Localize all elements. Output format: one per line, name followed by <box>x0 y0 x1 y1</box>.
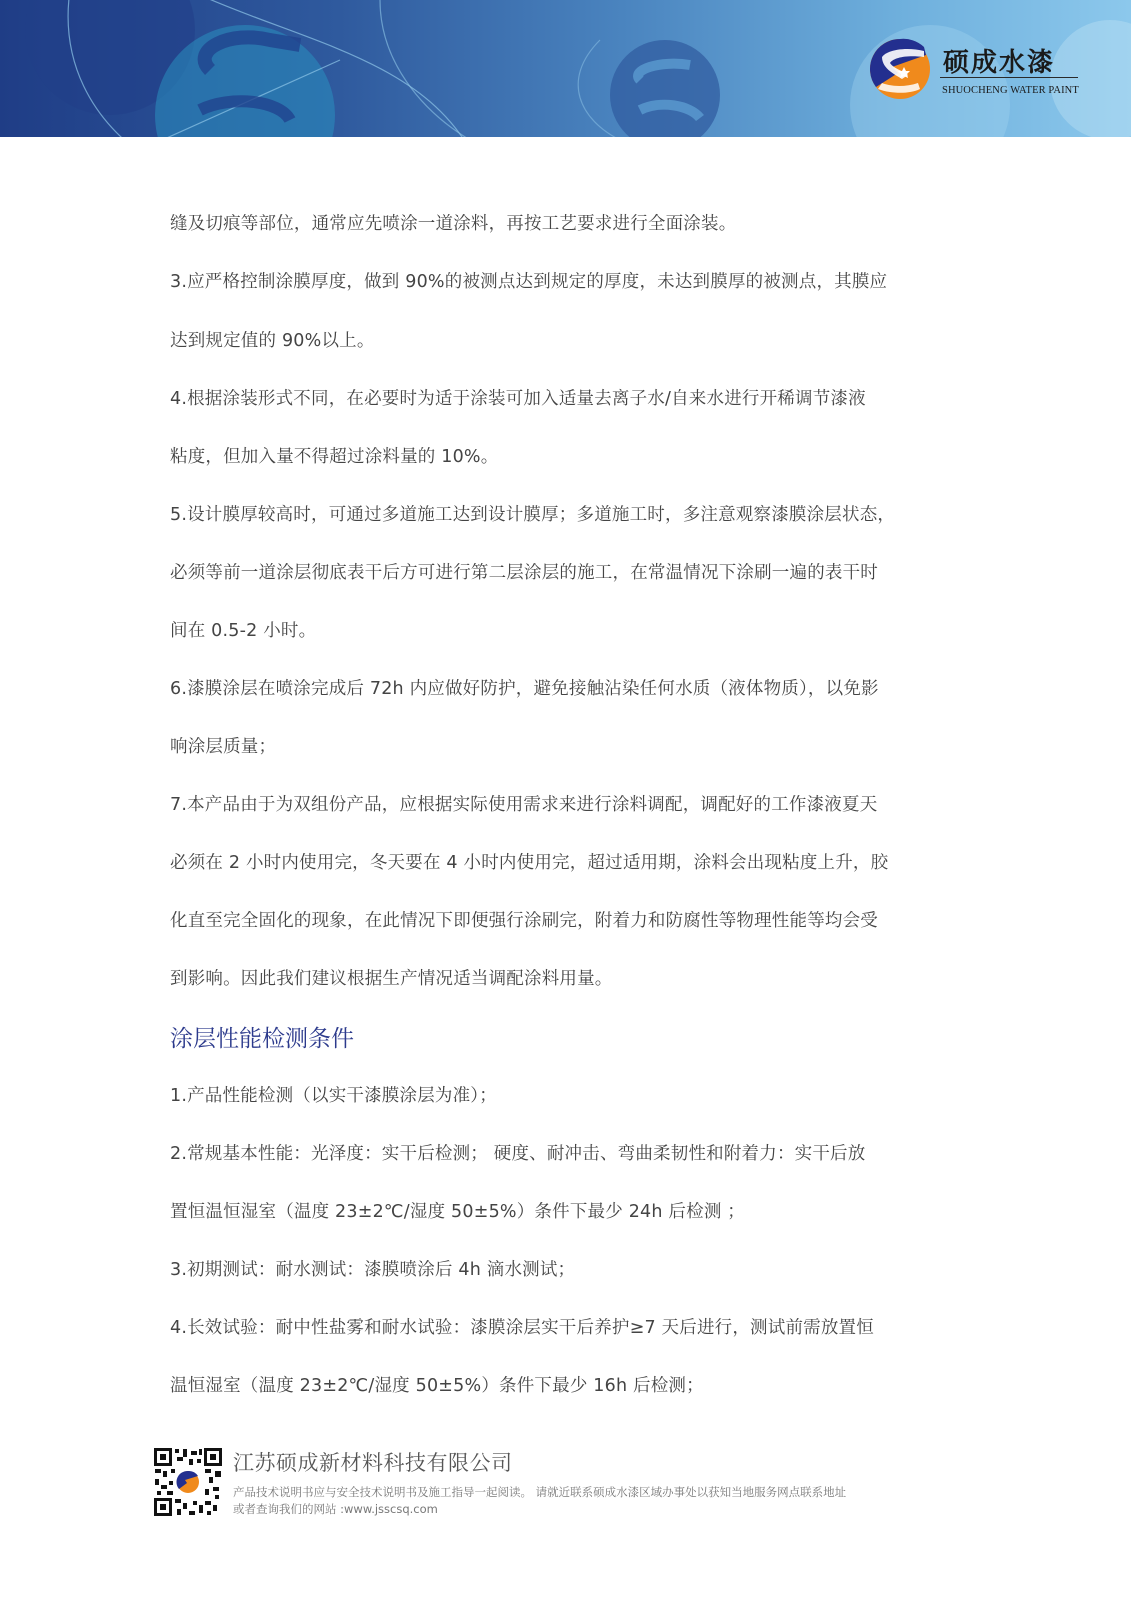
paragraph: 4.根据涂装形式不同，在必要时为适于涂装可加入适量去离子水/自来水进行开稀调节漆… <box>170 385 866 410</box>
paragraph: 3.初期测试：耐水测试：漆膜喷涂后 4h 滴水测试； <box>170 1256 575 1281</box>
paragraph: 响涂层质量； <box>170 733 276 758</box>
paragraph: 必须在 2 小时内使用完，冬天要在 4 小时内使用完，超过适用期，涂料会出现粘度… <box>170 849 888 874</box>
paragraph: 3.应严格控制涂膜厚度，做到 90%的被测点达到规定的厚度，未达到膜厚的被测点，… <box>170 268 887 293</box>
paragraph: 到影响。因此我们建议根据生产情况适当调配涂料用量。 <box>170 965 613 990</box>
paragraph: 7.本产品由于为双组份产品，应根据实际使用需求来进行涂料调配，调配好的工作漆液夏… <box>170 791 877 816</box>
paragraph: 缝及切痕等部位，通常应先喷涂一道涂料，再按工艺要求进行全面涂装。 <box>170 210 736 235</box>
shuocheng-logo-icon <box>868 37 932 101</box>
paragraph: 置恒温恒湿室（温度 23±2℃/湿度 50±5%）条件下最少 24h 后检测 ； <box>170 1198 745 1223</box>
paragraph: 化直至完全固化的现象，在此情况下即便强行涂刷完，附着力和防腐性等物理性能等均会受 <box>170 907 878 932</box>
company-name: 江苏硕成新材料科技有限公司 <box>233 1447 513 1477</box>
paragraph: 1.产品性能检测（以实干漆膜涂层为准）； <box>170 1082 497 1107</box>
brand-name-cn: 硕成水漆 <box>943 42 1055 79</box>
paragraph: 4.长效试验：耐中性盐雾和耐水试验：漆膜涂层实干后养护≥7 天后进行，测试前需放… <box>170 1314 874 1339</box>
paragraph: 达到规定值的 90%以上。 <box>170 327 375 352</box>
paragraph: 5.设计膜厚较高时，可通过多道施工达到设计膜厚；多道施工时，多注意观察漆膜涂层状… <box>170 501 895 526</box>
footer-note: 产品技术说明书应与安全技术说明书及施工指导一起阅读。 请就近联系硕成水漆区域办事… <box>233 1484 846 1500</box>
paragraph: 温恒湿室（温度 23±2℃/湿度 50±5%）条件下最少 16h 后检测； <box>170 1372 704 1397</box>
paragraph: 2.常规基本性能：光泽度：实干后检测； 硬度、耐冲击、弯曲柔韧性和附着力：实干后… <box>170 1140 865 1165</box>
paragraph: 间在 0.5-2 小时。 <box>170 617 316 642</box>
section-heading: 涂层性能检测条件 <box>170 1020 354 1053</box>
paragraph: 必须等前一道涂层彻底表干后方可进行第二层涂层的施工，在常温情况下涂刷一遍的表干时 <box>170 559 878 584</box>
brand-name-en: SHUOCHENG WATER PAINT <box>942 85 1079 96</box>
header-banner: 硕成水漆 SHUOCHENG WATER PAINT <box>0 0 1131 137</box>
paragraph: 粘度，但加入量不得超过涂料量的 10%。 <box>170 443 498 468</box>
brand-logo: 硕成水漆 SHUOCHENG WATER PAINT <box>868 34 1088 114</box>
qr-code-icon[interactable] <box>153 1447 223 1517</box>
paragraph: 6.漆膜涂层在喷涂完成后 72h 内应做好防护，避免接触沾染任何水质（液体物质）… <box>170 675 879 700</box>
brand-divider <box>940 77 1078 78</box>
footer-website[interactable]: 或者查询我们的网站 :www.jsscsq.com <box>233 1501 438 1517</box>
